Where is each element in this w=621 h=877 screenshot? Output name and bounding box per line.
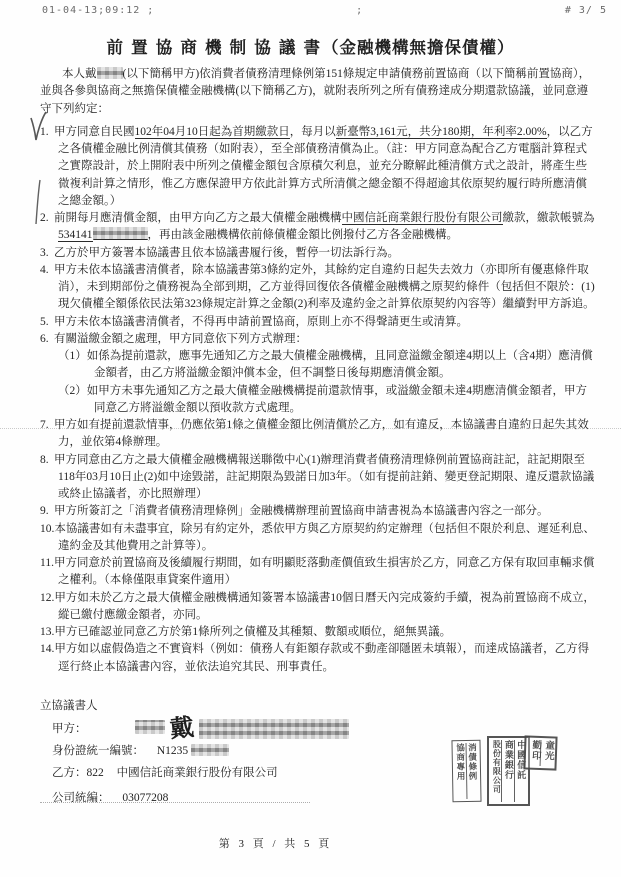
page-title-main: 前 置 協 商 機 制 協 議 書 bbox=[107, 38, 323, 57]
clause-number: 6. bbox=[40, 331, 54, 348]
clause-item: 6.有關溢繳金額之處理，甲方同意依下列方式辦理： bbox=[40, 331, 597, 348]
scan-artifact-line bbox=[0, 428, 621, 429]
seal-column: 消債條例 bbox=[466, 743, 478, 799]
clause-item: 1.甲方同意自民國102年04月10日起為首期繳款日，每月以新臺幣3,161元，… bbox=[40, 124, 597, 210]
fax-page-indicator: # 3/ 5 bbox=[565, 3, 607, 18]
clause-item: 9.甲方所簽訂之「消費者債務清理條例」金融機構辦理前置協商申請書視為本協議書內容… bbox=[40, 503, 597, 520]
special-use-seal: 消債條例 協商專用 bbox=[451, 740, 481, 802]
redacted-name bbox=[135, 720, 165, 734]
text-run: (以下簡稱甲方)依消費者債務清理條例第151條規定申請債務前置協商（以下簡稱前置… bbox=[40, 68, 590, 115]
text-run: 前開每月應清償金額，由甲方向乙方之最大債權金融機構 bbox=[54, 212, 342, 224]
text-run: 乙方於甲方簽署本協議書且依本協議書履行後，暫停一切法訴行為。 bbox=[54, 247, 399, 259]
subitem-label: （1） bbox=[58, 350, 87, 362]
party-a-label: 甲方： bbox=[52, 723, 87, 735]
text-run: 甲方未依本協議書清償者，除本協議書第3條約定外，其餘約定自違約日起失去效力（亦即… bbox=[54, 264, 595, 311]
clause-number: 10. bbox=[40, 521, 54, 538]
clause-number: 12. bbox=[40, 590, 54, 607]
handwritten-signature: 戴 bbox=[169, 719, 195, 739]
company-id-value: 03077208 bbox=[122, 792, 168, 804]
page-title: 前 置 協 商 機 制 協 議 書（金融機構無擔保債權） bbox=[0, 36, 621, 61]
text-run: 甲方如未於乙方之最大債權金融機構通知簽署本協議書10個日曆天內完成簽約手續，視為… bbox=[54, 592, 595, 621]
clause-item: 10.本協議書如有未盡事宜，除另有約定外，悉依甲方與乙方原契約約定辦理（包括但不… bbox=[40, 521, 597, 556]
company-id-label: 公司統編： bbox=[52, 792, 110, 804]
clause-number: 13. bbox=[40, 624, 54, 641]
clause-number: 14. bbox=[40, 641, 54, 658]
party-a-row: 甲方： 戴 bbox=[52, 719, 460, 739]
party-b-row: 乙方：822 中國信託商業銀行股份有限公司 bbox=[52, 765, 460, 782]
underlined-text: 中國信託商業銀行股份有限公司 bbox=[342, 212, 503, 225]
id-number-label: 身份證統一編號： bbox=[52, 745, 144, 757]
seal-column: 童光 bbox=[541, 740, 554, 766]
handwritten-stroke-icon bbox=[33, 178, 45, 226]
redacted-id bbox=[191, 744, 229, 756]
text-run: 有關溢繳金額之處理，甲方同意依下列方式辦理： bbox=[54, 333, 307, 345]
underlined-text: 102年04月10日起為首期繳款日 bbox=[135, 126, 290, 139]
clause-item: 5.甲方未依本協議書清償者，不得再申請前置協商，原則上亦不得聲請更生或清算。 bbox=[40, 314, 597, 331]
id-number-value: N1235 bbox=[157, 745, 188, 757]
underlined-text: 新臺幣3,161元，共分180期，年利率2.00% bbox=[336, 126, 547, 139]
page-number-footer: 第 3 頁 / 共 5 頁 bbox=[0, 836, 551, 853]
clause-item: 2.前開每月應清償金額，由甲方向乙方之最大債權金融機構中國信託商業銀行股份有限公… bbox=[40, 210, 597, 245]
seal-column: 股份有限公司 bbox=[491, 740, 502, 802]
text-run: ，每月以 bbox=[290, 126, 336, 138]
redacted-signature bbox=[199, 719, 349, 739]
redacted-text bbox=[93, 227, 148, 240]
seal-column: 商業銀行 bbox=[502, 740, 514, 802]
text-run: 本人戴 bbox=[62, 68, 97, 80]
clause-subitem: （2）如甲方未事先通知乙方之最大債權金融機構提前還款情事，或溢繳金額未達4期應清… bbox=[58, 383, 597, 418]
clause-number: 4. bbox=[40, 262, 54, 279]
text-run: 繳款，繳款帳號為 bbox=[503, 212, 595, 224]
subitem-label: （2） bbox=[58, 385, 87, 397]
text-run: ，再由該金融機構依前條債權金額比例撥付乙方各金融機構。 bbox=[148, 229, 459, 241]
text-run: 甲方同意於前置協商及後續履行期間，如有明顯貶落動產價值致生損害於乙方，同意乙方保… bbox=[54, 557, 595, 586]
clause-number: 11. bbox=[40, 555, 54, 572]
text-run: 甲方如以虛假偽造之不實資料（例如：債務人有鉅額存款或不動產卻隱匿未填報），而達成… bbox=[54, 643, 589, 672]
text-run: 甲方已確認並同意乙方於第1條所列之債權及其種類、數額或順位，絕無異議。 bbox=[54, 626, 451, 638]
document-page: 01-04-13;09:12 ; ; # 3/ 5 前 置 協 商 機 制 協 … bbox=[0, 0, 621, 877]
text-run: 本協議書如有未盡事宜，除另有約定外，悉依甲方與乙方原契約約定辦理（包括但不限於利… bbox=[54, 523, 595, 552]
underlined-text: 534141 bbox=[58, 229, 93, 242]
company-id-row: 公司統編： 03077208 bbox=[52, 790, 460, 807]
personal-name-seal: 童光 勤印 bbox=[523, 735, 557, 770]
redacted-text bbox=[97, 67, 123, 79]
text-run: 甲方所簽訂之「消費者債務清理條例」金融機構辦理前置協商申請書視為本協議書內容之一… bbox=[54, 505, 549, 517]
clause-item: 13.甲方已確認並同意乙方於第1條所列之債權及其種類、數額或順位，絕無異議。 bbox=[40, 624, 597, 641]
clause-item: 7.甲方如有提前還款情事，仍應依第1條之債權金額比例清償於乙方，如有違反，本協議… bbox=[40, 417, 597, 452]
fax-timestamp: 01-04-13;09:12 ; bbox=[42, 3, 154, 18]
fax-separator: ; bbox=[356, 3, 363, 18]
signatory-heading: 立協議書人 bbox=[40, 698, 460, 715]
seal-column: 協商專用 bbox=[455, 743, 468, 799]
clause-item: 8.甲方同意由乙方之最大債權金融機構報送聯徵中心(1)辦理消費者債務清理條例前置… bbox=[40, 452, 597, 504]
text-run: 甲方如有提前還款情事，仍應依第1條之債權金額比例清償於乙方，如有違反，本協議書自… bbox=[54, 419, 589, 448]
clause-subitem: （1）如係為提前還款，應事先通知乙方之最大債權金融機構，且同意溢繳金額達4期以上… bbox=[58, 348, 597, 383]
seal-column: 勤印 bbox=[528, 740, 542, 766]
id-number-row: 身份證統一編號： N1235 bbox=[52, 743, 460, 760]
intro-paragraph: 本人戴(以下簡稱甲方)依消費者債務清理條例第151條規定申請債務前置協商（以下簡… bbox=[40, 66, 597, 118]
text-run: 甲方同意由乙方之最大債權金融機構報送聯徵中心(1)辦理消費者債務清理條例前置協商… bbox=[54, 454, 594, 501]
clause-number: 5. bbox=[40, 314, 54, 331]
clause-item: 12.甲方如未於乙方之最大債權金融機構通知簽署本協議書10個日曆天內完成簽約手續… bbox=[40, 590, 597, 625]
clause-item: 3.乙方於甲方簽署本協議書且依本協議書履行後，暫停一切法訴行為。 bbox=[40, 245, 597, 262]
clause-item: 4.甲方未依本協議書清償者，除本協議書第3條約定外，其餘約定自違約日起失去效力（… bbox=[40, 262, 597, 314]
clause-item: 14.甲方如以虛假偽造之不實資料（例如：債務人有鉅額存款或不動產卻隱匿未填報），… bbox=[40, 641, 597, 676]
signature-block: 立協議書人 甲方： 戴 身份證統一編號： N1235 乙方：822 中國信託商業… bbox=[40, 698, 460, 811]
clause-number: 3. bbox=[40, 245, 54, 262]
clause-number: 9. bbox=[40, 503, 54, 520]
party-b-label: 乙方：822 bbox=[52, 767, 104, 779]
subitem-text: 如係為提前還款，應事先通知乙方之最大債權金融機構，且同意溢繳金額達4期以上（含4… bbox=[87, 350, 593, 379]
text-run: 甲方同意自民國 bbox=[54, 126, 135, 138]
fax-header: 01-04-13;09:12 ; ; # 3/ 5 bbox=[0, 3, 621, 18]
subitem-text: 如甲方未事先通知乙方之最大債權金融機構提前還款情事，或溢繳金額未達4期應清償金額… bbox=[87, 385, 587, 414]
handwritten-checkmark-icon bbox=[27, 110, 49, 148]
clause-number: 8. bbox=[40, 452, 54, 469]
clause-number: 7. bbox=[40, 417, 54, 434]
page-title-suffix: （金融機構無擔保債權） bbox=[322, 38, 515, 57]
clause-item: 11.甲方同意於前置協商及後續履行期間，如有明顯貶落動產價值致生損害於乙方，同意… bbox=[40, 555, 597, 590]
text-run: 甲方未依本協議書清償者，不得再申請前置協商，原則上亦不得聲請更生或清算。 bbox=[54, 316, 468, 328]
document-body: 本人戴(以下簡稱甲方)依消費者債務清理條例第151條規定申請債務前置協商（以下簡… bbox=[40, 66, 597, 676]
party-b-name: 中國信託商業銀行股份有限公司 bbox=[117, 767, 278, 779]
clause-list: 1.甲方同意自民國102年04月10日起為首期繳款日，每月以新臺幣3,161元，… bbox=[40, 124, 597, 676]
